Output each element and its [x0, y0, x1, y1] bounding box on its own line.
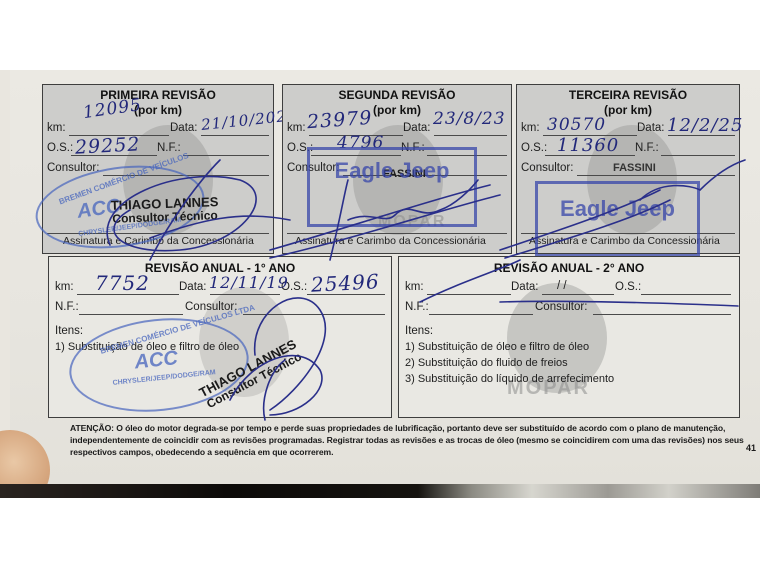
date-label: Data: [403, 122, 431, 134]
os-value: 11360 [557, 135, 619, 156]
third-revision-title: TERCEIRA REVISÃO [517, 88, 739, 102]
date-label: Data: [511, 281, 539, 293]
annual-year2-title: REVISÃO ANUAL - 2° ANO [399, 261, 739, 275]
service-item: 1) Substituição de óleo e filtro de óleo [405, 341, 589, 353]
km-label: km: [287, 122, 306, 134]
os-label: O.S.: [47, 142, 73, 154]
second-revision-title: SEGUNDA REVISÃO [283, 88, 511, 102]
document-photo: PRIMEIRA REVISÃO (por km) km: Data: O.S.… [0, 70, 760, 498]
notice-text: O óleo do motor degrada-se por tempo e p… [70, 423, 744, 457]
notice-heading: ATENÇÃO: [70, 423, 114, 433]
date-value: 12/2/25 [667, 115, 743, 136]
acc-logo-icon: ACC [133, 347, 179, 374]
os-label: O.S.: [615, 281, 641, 293]
os-label: O.S.: [521, 142, 547, 154]
date-label: Data: [637, 122, 665, 134]
nf-label: N.F.: [635, 142, 659, 154]
date-value: 23/8/23 [433, 109, 506, 129]
page-number: 41 [746, 443, 756, 453]
items-label: Itens: [405, 325, 433, 337]
km-label: km: [55, 281, 74, 293]
third-revision-box: TERCEIRA REVISÃO (por km) km: Data: O.S.… [516, 84, 740, 254]
km-label: km: [521, 122, 540, 134]
os-value: 29252 [74, 133, 141, 158]
nf-label: N.F.: [157, 142, 181, 154]
consultor-label: Consultor: [535, 301, 587, 313]
km-value: 30570 [547, 115, 606, 135]
signature-label: Assinatura e Carimbo da Concessionária [295, 235, 486, 247]
second-revision-box: MOPAR SEGUNDA REVISÃO (por km) km: Data:… [282, 84, 512, 254]
km-label: km: [405, 281, 424, 293]
background-surface [0, 484, 760, 498]
km-value: 7752 [95, 271, 150, 295]
os-value: 25496 [310, 269, 380, 297]
annual-revision-year1-box: REVISÃO ANUAL - 1° ANO km: Data: O.S.: N… [48, 256, 392, 418]
attention-notice: ATENÇÃO: O óleo do motor degrada-se por … [70, 422, 750, 458]
date-value: 12/11/19 [209, 273, 289, 292]
consultant-stamp: THIAGO LANNES Consultor Técnico [111, 195, 219, 225]
first-revision-title: PRIMEIRA REVISÃO [43, 88, 273, 102]
first-revision-box: PRIMEIRA REVISÃO (por km) km: Data: O.S.… [42, 84, 274, 254]
km-label: km: [47, 122, 66, 134]
annual-revision-year2-box: MOPAR REVISÃO ANUAL - 2° ANO km: Data: /… [398, 256, 740, 418]
consultor-label: Consultor: [521, 162, 573, 174]
nf-label: N.F.: [55, 301, 79, 313]
maintenance-booklet-page: PRIMEIRA REVISÃO (por km) km: Data: O.S.… [10, 70, 760, 485]
service-item: 2) Substituição do fluido de freios [405, 357, 568, 369]
dealer-stamp-eagle-jeep: Eagle Jeep [535, 181, 700, 257]
nf-label: N.F.: [405, 301, 429, 313]
dealer-stamp-eagle-jeep: Eagle Jeep [307, 147, 477, 227]
km-value: 23979 [306, 107, 373, 134]
consultor-value: FASSINI [613, 163, 656, 175]
date-value: / / [557, 280, 567, 292]
items-label: Itens: [55, 325, 83, 337]
date-label: Data: [179, 281, 207, 293]
service-item: 3) Substituição do líquido de arrefecime… [405, 373, 614, 385]
date-label: Data: [170, 122, 198, 134]
